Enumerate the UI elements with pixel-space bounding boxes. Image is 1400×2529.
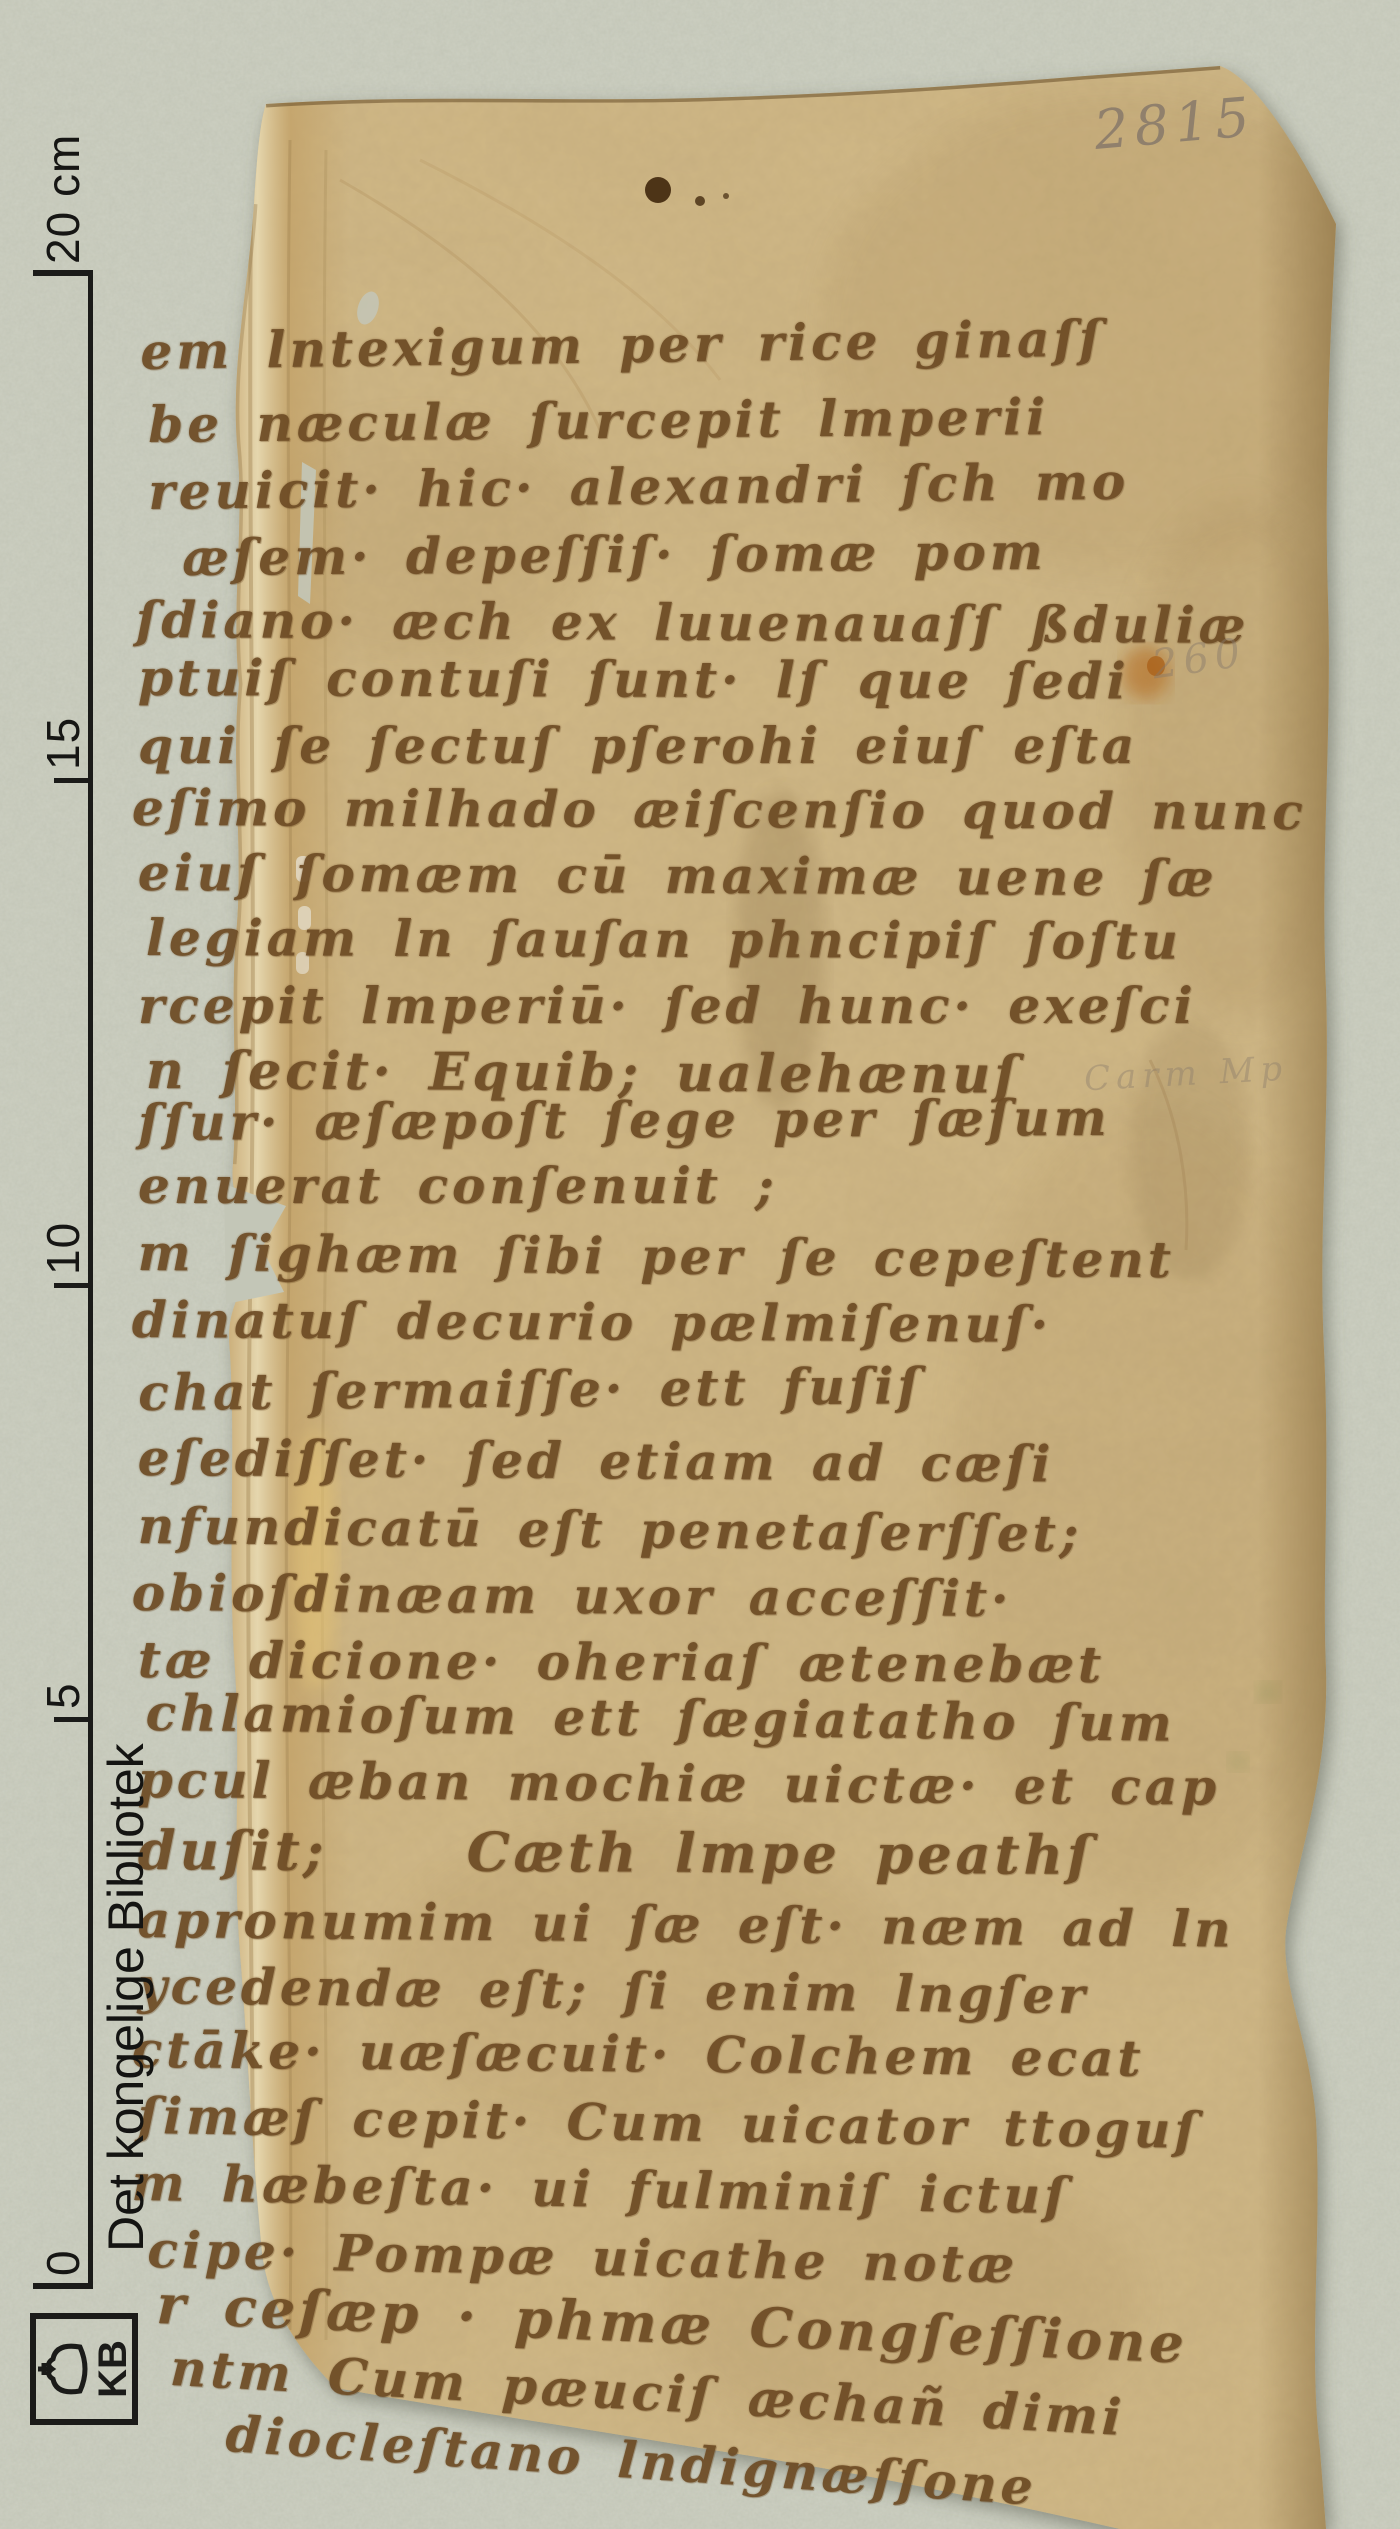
- ink-spot: [645, 177, 671, 203]
- manuscript-line: obioſdinæam uxor acceſſit·: [132, 1563, 1013, 1628]
- scale-bar-label: 0: [36, 2249, 90, 2276]
- scale-bar-end-cap: [33, 2283, 93, 2289]
- scale-bar-label: 5: [36, 1682, 90, 1709]
- manuscript-line: chlamioſum ett ſægiatatho ſum: [145, 1683, 1175, 1753]
- manuscript-line: æſem· depeſſiſ· ſomæ pom: [182, 522, 1047, 587]
- scale-bar-end-cap: [33, 270, 93, 276]
- scale-bar-label: 10: [36, 1222, 90, 1275]
- scale-bar-line: [88, 271, 93, 2289]
- manuscript-line: reuicit· hic· alexandri ſch mo: [148, 452, 1129, 521]
- manuscript-line: qui ſe ſectuſ pſerohi eiuſ eſta: [138, 716, 1138, 775]
- manuscript-line: enuerat conſenuit ;: [138, 1156, 778, 1215]
- manuscript-line: ptuiſ contuſi ſunt· lſ que ſedi: [138, 648, 1130, 710]
- scale-bar-tick: [54, 1717, 90, 1722]
- manuscript-line: rcepit lmperiū· ſed hunc· exeſci: [138, 976, 1197, 1035]
- manuscript-line: ctāke· uæſæcuit· Colchem ecat: [131, 2020, 1144, 2088]
- scale-bar-tick: [54, 1283, 90, 1288]
- manuscript-line: ſdiano· æch ex luuenauaſſ ßduliæ: [136, 590, 1250, 655]
- manuscript-line: duſit; Cæth lmpe peathſ: [138, 1818, 1095, 1887]
- manuscript-line: apronumim ui ſæ eſt· næm ad ln: [137, 1890, 1234, 1959]
- svg-text:KB: KB: [91, 2340, 132, 2398]
- manuscript-line: legiam ln ſauſan phncipiſ ſoſtu: [146, 908, 1182, 971]
- scale-bar-label: 20 cm: [36, 134, 90, 264]
- manuscript-line: nfundicatū eſt penetaſerſſet;: [137, 1496, 1082, 1563]
- manuscript-line: ſſur· æſæpoſt ſege per ſæſum: [138, 1088, 1111, 1152]
- scale-bar-label: 15: [36, 717, 90, 770]
- manuscript-line: m ſighæm ſibi per ſe cepeſtent: [138, 1223, 1175, 1289]
- digitized-manuscript-photo: em lntexigum per rice ginaſſbe næculæ ſu…: [0, 0, 1400, 2529]
- library-logo: KB: [30, 2313, 138, 2425]
- library-name-label: Det kongelige Bibliotek: [97, 1743, 155, 2252]
- manuscript-line: be næculæ ſurcepit lmperii: [148, 387, 1049, 454]
- manuscript-line: eſimo milhado æiſcenſio quod nunc: [132, 778, 1307, 841]
- manuscript-line: dinatuſ decurio pælmiſenuſ·: [132, 1290, 1052, 1354]
- scale-bar-tick: [54, 778, 90, 783]
- manuscript-line: pcul æban mochiæ uictæ· et cap: [138, 1750, 1221, 1817]
- manuscript-line: ycedendæ eſt; ſi enim lngſer: [137, 1956, 1089, 2025]
- manuscript-line: chat ſermaiſſe· ett fuſiſ: [138, 1356, 923, 1422]
- manuscript-line: eſediſſet· ſed etiam ad cæſi: [138, 1428, 1055, 1493]
- crown-icon: KB: [36, 2319, 132, 2419]
- manuscript-line: eiuſ ſomæm cū maximæ uene ſæ: [138, 843, 1218, 908]
